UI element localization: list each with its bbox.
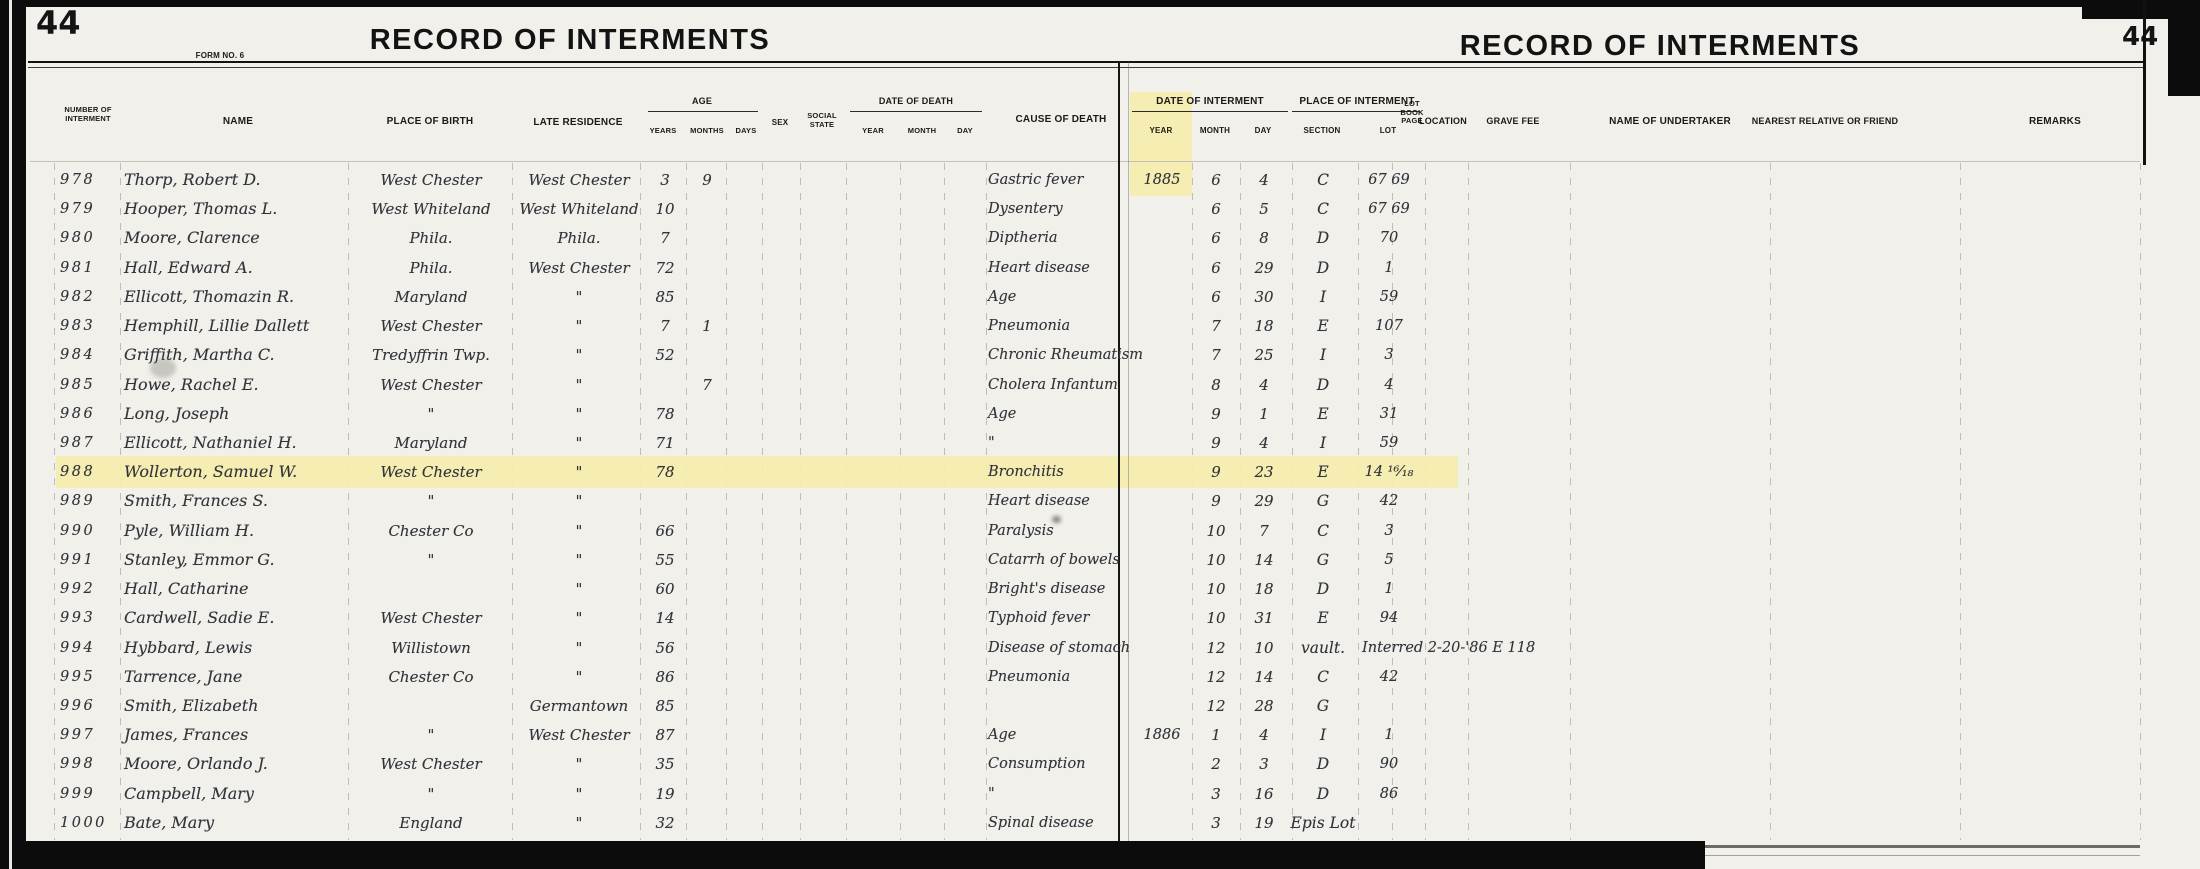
cell-section: D [1290,224,1356,253]
interment-group-rule [1132,111,1288,112]
cell-age-months [688,195,726,224]
cell-late-residence: " [512,429,646,458]
table-row: 988 Wollerton, Samuel W. West Chester " … [0,458,2200,487]
cell-cause-of-death: Paralysis [988,517,1138,546]
cell-name: Ellicott, Thomazin R. [124,283,354,312]
table-row: 987 Ellicott, Nathaniel H. Maryland " 71… [0,429,2200,458]
scan-bottom-line-1 [1705,845,2140,848]
cell-section: E [1290,604,1356,633]
cell-late-residence: " [512,809,646,838]
cell-cause-of-death: Consumption [988,750,1138,779]
cell-name: Long, Joseph [124,400,354,429]
cell-interment-month: 6 [1194,224,1238,253]
col-header-grave-fee: GRAVE FEE [1468,116,1558,126]
cell-interment-year [1132,458,1192,487]
cell-interment-note [1362,224,1662,253]
cell-interment-number: 998 [56,750,124,779]
cell-interment-year [1132,750,1192,779]
cell-interment-number: 986 [56,400,124,429]
cell-cause-of-death: Dysentery [988,195,1138,224]
table-row: 990 Pyle, William H. Chester Co " 66 Par… [0,517,2200,546]
cell-age-months [688,400,726,429]
cell-interment-day: 29 [1240,254,1288,283]
cell-name: Hall, Edward A. [124,254,354,283]
cell-cause-of-death: Age [988,721,1138,750]
cell-cause-of-death: Bronchitis [988,458,1138,487]
cell-age-months [688,634,726,663]
cell-name: James, Frances [124,721,354,750]
cell-section: vault. [1290,634,1356,663]
cell-place-of-birth: Tredyffrin Twp. [352,341,510,370]
col-header-section: SECTION [1288,126,1356,135]
cell-place-of-birth: " [352,546,510,575]
cell-interment-note [1362,663,1662,692]
cell-interment-day: 14 [1240,663,1288,692]
col-header-death-year: YEAR [846,127,900,136]
cell-interment-note [1362,341,1662,370]
cell-age-months [688,224,726,253]
cell-interment-year [1132,809,1192,838]
cell-age-months [688,692,726,721]
cell-interment-month: 6 [1194,166,1238,195]
cell-late-residence: " [512,312,646,341]
cell-interment-month: 6 [1194,283,1238,312]
table-row: 978 Thorp, Robert D. West Chester West C… [0,166,2200,195]
cell-age-years: 7 [642,224,688,253]
table-row: 984 Griffith, Martha C. Tredyffrin Twp. … [0,341,2200,370]
cell-age-years: 60 [642,575,688,604]
cell-interment-year [1132,546,1192,575]
cell-interment-note [1362,546,1662,575]
scan-smudge [150,358,176,378]
col-header-interment-day: DAY [1238,126,1288,135]
col-header-nearest-relative: NEAREST RELATIVE OR FRIEND [1725,116,1925,126]
cell-age-months [688,809,726,838]
cell-interment-note [1362,575,1662,604]
cell-late-residence: " [512,341,646,370]
cell-name: Campbell, Mary [124,780,354,809]
cell-interment-note [1362,517,1662,546]
cell-place-of-birth: Maryland [352,429,510,458]
table-row: 996 Smith, Elizabeth Germantown 85 12 28… [0,692,2200,721]
cell-name: Moore, Clarence [124,224,354,253]
cell-interment-day: 4 [1240,166,1288,195]
col-header-death-month: MONTH [898,127,946,136]
cell-name: Wollerton, Samuel W. [124,458,354,487]
cell-interment-month: 10 [1194,604,1238,633]
cell-interment-number: 999 [56,780,124,809]
cell-section: E [1290,400,1356,429]
scan-bottom-line-2 [1705,855,2140,856]
cell-interment-day: 23 [1240,458,1288,487]
cell-age-years: 78 [642,400,688,429]
col-header-sex: SEX [760,118,800,127]
cell-section: G [1290,692,1356,721]
cell-age-years: 66 [642,517,688,546]
cell-interment-year [1132,254,1192,283]
col-header-cause: CAUSE OF DEATH [986,114,1136,126]
cell-late-residence: Germantown [512,692,646,721]
table-row: 985 Howe, Rachel E. West Chester " 7 Cho… [0,371,2200,400]
cell-interment-number: 997 [56,721,124,750]
cell-interment-month: 7 [1194,312,1238,341]
cell-cause-of-death: Pneumonia [988,312,1138,341]
cell-interment-year [1132,517,1192,546]
cell-place-of-birth [352,575,510,604]
cell-interment-number: 1000 [56,809,124,838]
cell-cause-of-death: Age [988,400,1138,429]
cell-place-of-birth: " [352,487,510,516]
cell-section: D [1290,750,1356,779]
cell-place-of-birth: West Chester [352,166,510,195]
cell-interment-day: 4 [1240,371,1288,400]
cell-interment-number: 989 [56,487,124,516]
cell-cause-of-death: Chronic Rheumatism [988,341,1138,370]
cell-age-months: 1 [688,312,726,341]
cell-interment-year [1132,429,1192,458]
cell-interment-day: 19 [1240,809,1288,838]
cell-section: D [1290,575,1356,604]
cell-interment-year [1132,312,1192,341]
cell-cause-of-death [988,692,1138,721]
cell-name: Moore, Orlando J. [124,750,354,779]
table-row: 997 James, Frances " West Chester 87 Age… [0,721,2200,750]
cell-interment-number: 992 [56,575,124,604]
cell-cause-of-death: Spinal disease [988,809,1138,838]
cell-interment-month: 10 [1194,517,1238,546]
cell-interment-note [1362,283,1662,312]
col-header-months: MONTHS [686,127,728,136]
cell-place-of-birth: West Chester [352,312,510,341]
cell-interment-month: 1 [1194,721,1238,750]
cell-age-months [688,517,726,546]
scan-border-top [0,0,2200,7]
table-row: 1000 Bate, Mary England " 32 Spinal dise… [0,809,2200,838]
cell-interment-number: 987 [56,429,124,458]
table-row: 979 Hooper, Thomas L. West Whiteland Wes… [0,195,2200,224]
cell-interment-day: 1 [1240,400,1288,429]
page-number-right: 44 [2122,22,2158,52]
cell-interment-day: 16 [1240,780,1288,809]
col-header-interment-group: DATE OF INTERMENT [1126,96,1294,108]
cell-age-years: 78 [642,458,688,487]
cell-place-of-birth: Phila. [352,254,510,283]
col-header-death-day: DAY [944,127,986,136]
scan-right-page-edge [2143,0,2146,165]
cell-interment-day: 25 [1240,341,1288,370]
cell-interment-month: 3 [1194,780,1238,809]
cell-interment-year [1132,283,1192,312]
cell-interment-note [1362,166,1662,195]
cell-cause-of-death: Cholera Infantum [988,371,1138,400]
interment-rows: 978 Thorp, Robert D. West Chester West C… [0,166,2200,838]
cell-cause-of-death: Heart disease [988,487,1138,516]
col-header-name: NAME [124,116,352,128]
cell-interment-note [1362,780,1662,809]
col-header-remarks: REMARKS [2010,116,2100,128]
cell-interment-number: 982 [56,283,124,312]
cell-interment-day: 4 [1240,721,1288,750]
cell-age-months [688,429,726,458]
cell-age-months [688,458,726,487]
cell-name: Hall, Catharine [124,575,354,604]
cell-interment-year [1132,634,1192,663]
cell-name: Pyle, William H. [124,517,354,546]
cell-interment-day: 14 [1240,546,1288,575]
cell-late-residence: West Chester [512,254,646,283]
cell-age-years: 85 [642,283,688,312]
cell-age-months [688,721,726,750]
cell-late-residence: " [512,283,646,312]
table-row: 995 Tarrence, Jane Chester Co " 86 Pneum… [0,663,2200,692]
cell-age-months [688,750,726,779]
table-row: 989 Smith, Frances S. " " Heart disease … [0,487,2200,516]
cell-name: Hybbard, Lewis [124,634,354,663]
cell-age-months [688,780,726,809]
page-number-left: 44 [36,4,81,42]
cell-section: E [1290,458,1356,487]
age-group-rule [648,111,758,112]
cell-interment-number: 981 [56,254,124,283]
cell-place-of-birth: West Chester [352,371,510,400]
col-header-years: YEARS [638,127,688,136]
cell-interment-number: 993 [56,604,124,633]
cell-interment-month: 9 [1194,400,1238,429]
cell-interment-month: 8 [1194,371,1238,400]
cell-place-of-birth: West Chester [352,750,510,779]
cell-interment-note [1362,195,1662,224]
cell-late-residence: " [512,487,646,516]
cell-interment-note [1362,400,1662,429]
table-row: 986 Long, Joseph " " 78 Age 9 1 E 31 [0,400,2200,429]
cell-place-of-birth: Chester Co [352,663,510,692]
cell-interment-day: 7 [1240,517,1288,546]
cell-section: G [1290,546,1356,575]
cell-interment-month: 9 [1194,487,1238,516]
cell-age-years: 71 [642,429,688,458]
cell-place-of-birth: Phila. [352,224,510,253]
cell-interment-number: 990 [56,517,124,546]
table-row: 980 Moore, Clarence Phila. Phila. 7 Dipt… [0,224,2200,253]
cell-interment-number: 980 [56,224,124,253]
cell-late-residence: " [512,371,646,400]
cell-interment-number: 988 [56,458,124,487]
cell-interment-day: 5 [1240,195,1288,224]
form-number-label: FORM NO. 6 [180,51,260,60]
cell-section: I [1290,721,1356,750]
cell-interment-note: Interred 2-20-'86 E 118 [1362,634,1662,663]
cell-cause-of-death: Gastric fever [988,166,1138,195]
cell-interment-year [1132,487,1192,516]
table-row: 994 Hybbard, Lewis Willistown " 56 Disea… [0,634,2200,663]
scanned-ledger-page: 44 44 RECORD OF INTERMENTS RECORD OF INT… [0,0,2200,869]
death-group-rule [850,111,982,112]
cell-late-residence: " [512,780,646,809]
cell-age-years: 72 [642,254,688,283]
cell-section: C [1290,517,1356,546]
cell-interment-year [1132,575,1192,604]
cell-late-residence: West Chester [512,721,646,750]
cell-cause-of-death: Typhoid fever [988,604,1138,633]
cell-interment-year: 1885 [1132,166,1192,195]
cell-age-months [688,546,726,575]
cell-name: Tarrence, Jane [124,663,354,692]
cell-interment-year [1132,195,1192,224]
col-header-number: NUMBER OF INTERMENT [54,106,122,123]
cell-age-months [688,341,726,370]
cell-interment-day: 4 [1240,429,1288,458]
cell-late-residence: " [512,546,646,575]
table-row: 999 Campbell, Mary " " 19 " 3 16 D 86 [0,780,2200,809]
cell-interment-month: 3 [1194,809,1238,838]
cell-place-of-birth: Willistown [352,634,510,663]
cell-age-years: 3 [642,166,688,195]
cell-cause-of-death: Diptheria [988,224,1138,253]
cell-late-residence: " [512,663,646,692]
table-row: 981 Hall, Edward A. Phila. West Chester … [0,254,2200,283]
cell-interment-year [1132,663,1192,692]
cell-place-of-birth: West Chester [352,458,510,487]
cell-age-years: 10 [642,195,688,224]
cell-late-residence: " [512,604,646,633]
cell-interment-month: 12 [1194,663,1238,692]
cell-cause-of-death: Bright's disease [988,575,1138,604]
cell-interment-note [1362,809,1662,838]
cell-interment-number: 985 [56,371,124,400]
cell-interment-number: 996 [56,692,124,721]
cell-interment-note [1362,750,1662,779]
cell-name: Hooper, Thomas L. [124,195,354,224]
top-rule-light [28,67,2143,68]
cell-interment-month: 7 [1194,341,1238,370]
cell-name: Smith, Frances S. [124,487,354,516]
cell-interment-number: 978 [56,166,124,195]
cell-age-years: 55 [642,546,688,575]
col-header-social-state: SOCIAL STATE [798,112,846,129]
cell-section: D [1290,254,1356,283]
cell-interment-year [1132,341,1192,370]
header-bottom-rule [30,161,2140,162]
cell-interment-note [1362,487,1662,516]
cell-interment-day: 3 [1240,750,1288,779]
cell-interment-month: 10 [1194,575,1238,604]
cell-age-months [688,254,726,283]
cell-cause-of-death: Heart disease [988,254,1138,283]
table-row: 982 Ellicott, Thomazin R. Maryland " 85 … [0,283,2200,312]
cell-interment-day: 8 [1240,224,1288,253]
cell-interment-month: 9 [1194,429,1238,458]
cell-age-years: 32 [642,809,688,838]
cell-interment-year [1132,692,1192,721]
cell-name: Stanley, Emmor G. [124,546,354,575]
cell-interment-month: 12 [1194,692,1238,721]
cell-interment-note [1362,254,1662,283]
cell-late-residence: West Whiteland [512,195,646,224]
cell-cause-of-death: Disease of stomach [988,634,1138,663]
cell-interment-day: 18 [1240,575,1288,604]
scan-border-left [0,0,26,869]
cell-interment-note [1362,692,1662,721]
cell-name: Cardwell, Sadie E. [124,604,354,633]
cell-interment-day: 29 [1240,487,1288,516]
cell-cause-of-death: Age [988,283,1138,312]
scan-left-page-edge [9,0,12,869]
cell-cause-of-death: Pneumonia [988,663,1138,692]
cell-age-years: 86 [642,663,688,692]
cell-section: Epis Lot [1290,809,1356,838]
cell-interment-day: 31 [1240,604,1288,633]
col-header-residence: LATE RESIDENCE [510,117,646,129]
cell-age-years: 14 [642,604,688,633]
cell-interment-note [1362,604,1662,633]
cell-interment-number: 979 [56,195,124,224]
cell-section: C [1290,663,1356,692]
cell-age-years: 52 [642,341,688,370]
cell-place-of-birth: Chester Co [352,517,510,546]
cell-place-of-birth [352,692,510,721]
cell-age-years: 19 [642,780,688,809]
cell-age-years: 56 [642,634,688,663]
col-header-death-group: DATE OF DEATH [846,96,986,106]
title-left-page: RECORD OF INTERMENTS [320,24,820,57]
scan-speck [1052,516,1061,523]
cell-interment-number: 991 [56,546,124,575]
cell-age-months [688,604,726,633]
cell-interment-month: 12 [1194,634,1238,663]
cell-interment-day: 28 [1240,692,1288,721]
cell-section: I [1290,341,1356,370]
cell-section: D [1290,371,1356,400]
cell-name: Bate, Mary [124,809,354,838]
cell-age-years [642,371,688,400]
cell-interment-number: 984 [56,341,124,370]
cell-cause-of-death: " [988,429,1138,458]
cell-interment-month: 9 [1194,458,1238,487]
cell-late-residence: " [512,458,646,487]
cell-place-of-birth: West Chester [352,604,510,633]
cell-late-residence: " [512,517,646,546]
cell-interment-note [1362,371,1662,400]
cell-place-of-birth: England [352,809,510,838]
cell-age-years: 87 [642,721,688,750]
cell-interment-year [1132,224,1192,253]
cell-late-residence: " [512,400,646,429]
col-header-birth: PLACE OF BIRTH [350,116,510,128]
cell-section: C [1290,195,1356,224]
table-row: 992 Hall, Catharine " 60 Bright's diseas… [0,575,2200,604]
cell-interment-month: 6 [1194,195,1238,224]
cell-name: Hemphill, Lillie Dallett [124,312,354,341]
cell-place-of-birth: " [352,780,510,809]
cell-interment-year [1132,371,1192,400]
cell-section: I [1290,429,1356,458]
cell-age-years: 35 [642,750,688,779]
col-header-interment-year: YEAR [1130,126,1192,135]
cell-late-residence: " [512,634,646,663]
cell-section: D [1290,780,1356,809]
cell-age-months: 9 [688,166,726,195]
cell-interment-year [1132,604,1192,633]
cell-interment-day: 10 [1240,634,1288,663]
cell-age-years: 7 [642,312,688,341]
cell-section: C [1290,166,1356,195]
cell-name: Ellicott, Nathaniel H. [124,429,354,458]
title-right-page: RECORD OF INTERMENTS [1410,30,1910,63]
cell-section: G [1290,487,1356,516]
cell-section: E [1290,312,1356,341]
cell-age-months [688,283,726,312]
cell-interment-note [1362,721,1662,750]
